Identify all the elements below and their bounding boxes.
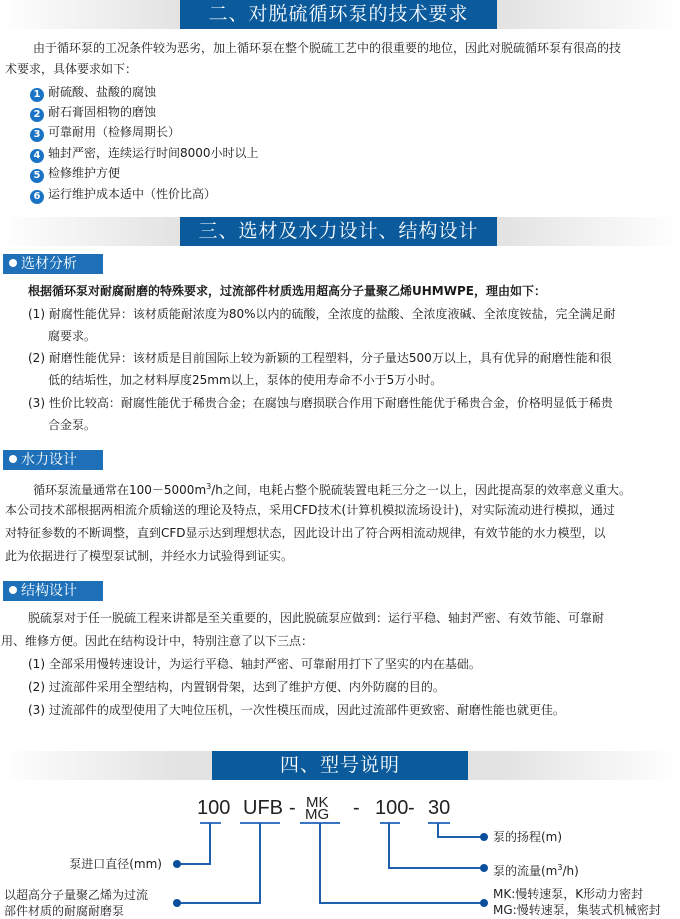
- hydraulic-line-3: 对特征参数的不断调整，直到CFD显示达到理想状态，因此设计出了符合两相流动规律，…: [5, 522, 606, 544]
- number-badge-icon: 3: [30, 128, 44, 142]
- code-seal-bottom: MG: [305, 808, 329, 821]
- number-badge-icon: 4: [30, 149, 44, 163]
- material-point-1-line-2: 腐要求。: [48, 325, 96, 347]
- section-2-intro-line-1: 由于循环泵的工况条件较为恶劣，加上循环泵在整个脱硫工艺中的很重要的地位，因此对脱…: [33, 37, 621, 59]
- connector-diameter-horizontal: [178, 863, 211, 865]
- section-2-intro-line-2: 术要求，具体要求如下：: [5, 58, 137, 80]
- bullet-icon: [9, 259, 17, 267]
- underline-head: [428, 822, 450, 824]
- underline-flow: [380, 822, 400, 824]
- connector-flow-vertical: [388, 823, 390, 869]
- structure-design-tag: 结构设计: [3, 581, 103, 601]
- material-point-2-line-1: (2) 耐磨性能优异：该材质是目前国际上较为新颖的工程塑料，分子量达500万以上…: [28, 347, 612, 369]
- material-point-3-line-2: 合金泵。: [48, 414, 96, 436]
- hydraulic-line-2: 本公司技术部根据两相流介质输送的理论及特点，采用CFD技术(计算机模拟流场设计)…: [5, 499, 615, 521]
- number-badge-icon: 1: [30, 88, 44, 102]
- code-type: UFB: [243, 797, 283, 820]
- hydraulic-line-1: 循环泵流量通常在100－5000m3/h之间，电耗占整个脱硫装置电耗三分之一以上…: [33, 476, 631, 501]
- section-4-title: 四、型号说明: [212, 751, 468, 780]
- material-point-1-line-1: (1) 耐腐性能优异：该材质能耐浓度为80%以内的硫酸，全浓度的盐酸、全浓度液碱…: [28, 303, 616, 325]
- label-seal-line-1: MK:慢转速泵，K形动力密封: [493, 886, 643, 902]
- dot-seal-icon: [480, 899, 488, 907]
- section-3-title: 三、选材及水力设计、结构设计: [180, 217, 497, 246]
- dot-flow-icon: [480, 864, 488, 872]
- structure-line-2: 用、维修方便。因此在结构设计中，特别注意了以下三点：: [1, 630, 313, 652]
- material-point-2-line-2: 低的结垢性，加之材料厚度25mm以上，泵体的使用寿命不小于5万小时。: [48, 369, 442, 391]
- connector-seal-horizontal: [319, 902, 483, 904]
- structure-point-3: (3) 过流部件的成型使用了大吨位压机，一次性模压而成，因此过流部件更致密、耐磨…: [28, 699, 565, 721]
- connector-head-horizontal: [437, 836, 483, 838]
- number-badge-icon: 2: [30, 108, 44, 122]
- dot-diameter-icon: [173, 860, 181, 868]
- code-dash-1: -: [289, 797, 296, 820]
- label-type-line-1: 以超高分子量聚乙烯为过流: [4, 887, 148, 903]
- requirement-item-2: 2耐石膏固相物的磨蚀: [30, 102, 156, 122]
- requirement-item-5: 5检修维护方便: [30, 163, 120, 183]
- structure-point-2: (2) 过流部件采用全塑结构，内置钢骨架，达到了维护方便、内外防腐的目的。: [28, 676, 445, 698]
- code-flow: 100: [375, 797, 408, 820]
- connector-diameter-vertical: [209, 823, 211, 865]
- material-analysis-tag: 选材分析: [3, 254, 103, 274]
- structure-point-1: (1) 全部采用慢转速设计，为运行平稳、轴封严密、可靠耐用打下了坚实的内在基础。: [28, 653, 481, 675]
- number-badge-icon: 5: [30, 169, 44, 183]
- dot-type-icon: [173, 899, 181, 907]
- hydraulic-design-tag: 水力设计: [3, 450, 103, 470]
- bullet-icon: [9, 586, 17, 594]
- label-diameter: 泵进口直径(mm): [69, 856, 162, 872]
- connector-type-horizontal: [178, 902, 261, 904]
- code-dash-3: -: [408, 797, 415, 820]
- material-point-3-line-1: (3) 性价比较高：耐腐性能优于稀贵合金；在腐蚀与磨损联合作用下耐磨性能优于稀贵…: [28, 392, 613, 414]
- number-badge-icon: 6: [30, 190, 44, 204]
- requirement-item-6: 6运行维护成本适中（性价比高）: [30, 184, 216, 204]
- requirement-item-4: 4轴封严密，连续运行时间8000小时以上: [30, 143, 259, 163]
- connector-flow-horizontal: [388, 867, 483, 869]
- requirement-item-3: 3可靠耐用（检修周期长）: [30, 122, 180, 142]
- bullet-icon: [9, 455, 17, 463]
- dot-head-icon: [480, 833, 488, 841]
- code-diameter: 100: [197, 797, 230, 820]
- section-2-title: 二、对脱硫循环泵的技术要求: [180, 0, 497, 29]
- label-seal-line-2: MG:慢转速泵，集装式机械密封: [493, 902, 661, 918]
- label-type-line-2: 部件材质的耐腐耐磨泵: [4, 903, 124, 919]
- label-flow: 泵的流量(m3/h): [493, 860, 579, 879]
- material-lead: 根据循环泵对耐腐耐磨的特殊要求，过流部件材质选用超高分子量聚乙烯UHMWPE，理…: [28, 280, 546, 302]
- requirement-item-1: 1耐硫酸、盐酸的腐蚀: [30, 82, 156, 102]
- connector-type-vertical: [259, 823, 261, 904]
- hydraulic-line-4: 此为依据进行了模型泵试制，并经水力试验得到证实。: [5, 545, 293, 567]
- code-head: 30: [428, 797, 450, 820]
- connector-seal-vertical: [319, 823, 321, 904]
- structure-line-1: 脱硫泵对于任一脱硫工程来讲都是至关重要的，因此脱硫泵应做到：运行平稳、轴封严密、…: [28, 607, 604, 629]
- label-head: 泵的扬程(m): [493, 829, 562, 845]
- code-dash-2: -: [353, 797, 360, 820]
